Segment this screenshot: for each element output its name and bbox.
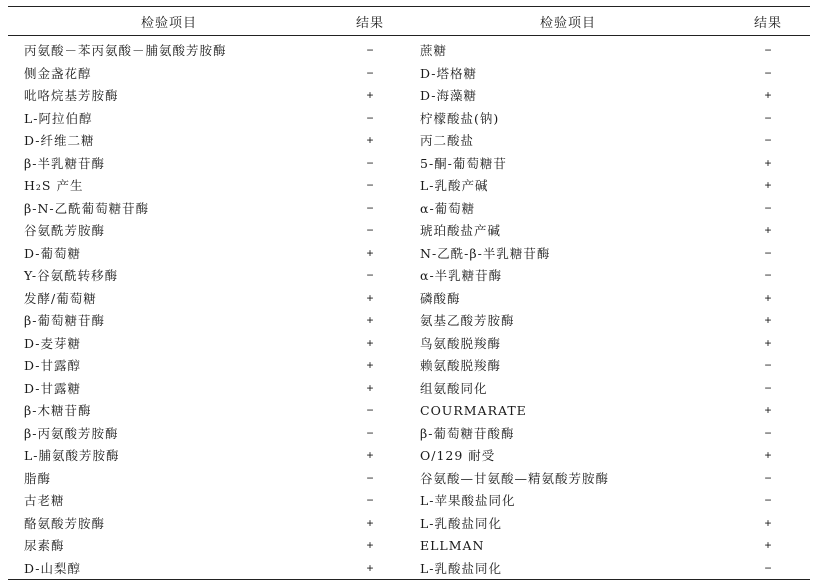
test-result-right: + xyxy=(726,84,810,107)
test-result-left: + xyxy=(330,84,410,107)
test-result-right: − xyxy=(726,467,810,490)
test-result-left: + xyxy=(330,377,410,400)
test-item-left: D-山梨醇 xyxy=(8,557,330,580)
table-row: D-甘露糖 + 组氨酸同化 − xyxy=(8,377,810,400)
test-item-right: 组氨酸同化 xyxy=(410,377,726,400)
test-item-right: 蔗糖 xyxy=(410,36,726,62)
table-row: β-半乳糖苷酶 − 5-酮-葡萄糖苷 + xyxy=(8,152,810,175)
table-row: D-葡萄糖 + N-乙酰-β-半乳糖苷酶 − xyxy=(8,242,810,265)
test-item-left: D-纤维二糖 xyxy=(8,129,330,152)
test-item-left: β-葡萄糖苷酶 xyxy=(8,309,330,332)
test-result-right: − xyxy=(726,107,810,130)
test-item-right: β-葡萄糖苷酸酶 xyxy=(410,422,726,445)
test-item-left: 尿素酶 xyxy=(8,534,330,557)
test-item-left: 古老糖 xyxy=(8,489,330,512)
test-item-right: 赖氨酸脱羧酶 xyxy=(410,354,726,377)
test-result-right: + xyxy=(726,309,810,332)
table-row: 丙氨酸－苯丙氨酸－脯氨酸芳胺酶 − 蔗糖 − xyxy=(8,36,810,62)
table-body: 丙氨酸－苯丙氨酸－脯氨酸芳胺酶 − 蔗糖 − 侧金盏花醇 − D-塔格糖 − 吡… xyxy=(8,36,810,580)
header-test-item-right: 检验项目 xyxy=(410,7,726,36)
table-row: 尿素酶 + ELLMAN + xyxy=(8,534,810,557)
test-item-right: 柠檬酸盐(钠) xyxy=(410,107,726,130)
test-result-left: − xyxy=(330,197,410,220)
table-row: β-木糖苷酶 − COURMARATE + xyxy=(8,399,810,422)
test-result-left: + xyxy=(330,444,410,467)
biochemical-test-table-container: 检验项目 结果 检验项目 结果 丙氨酸－苯丙氨酸－脯氨酸芳胺酶 − 蔗糖 − 侧… xyxy=(8,6,810,580)
test-item-left: β-丙氨酸芳胺酶 xyxy=(8,422,330,445)
test-item-right: L-乳酸盐同化 xyxy=(410,557,726,580)
header-test-item-left: 检验项目 xyxy=(8,7,330,36)
test-item-left: β-半乳糖苷酶 xyxy=(8,152,330,175)
test-result-left: − xyxy=(330,62,410,85)
test-result-right: + xyxy=(726,174,810,197)
table-row: 脂酶 − 谷氨酸—甘氨酸—精氨酸芳胺酶 − xyxy=(8,467,810,490)
test-result-right: − xyxy=(726,557,810,580)
test-item-left: 吡咯烷基芳胺酶 xyxy=(8,84,330,107)
test-result-right: + xyxy=(726,444,810,467)
test-item-right: COURMARATE xyxy=(410,399,726,422)
test-item-right: L-乳酸盐同化 xyxy=(410,512,726,535)
table-row: 古老糖 − L-苹果酸盐同化 − xyxy=(8,489,810,512)
test-item-left: L-阿拉伯醇 xyxy=(8,107,330,130)
test-result-left: + xyxy=(330,557,410,580)
test-result-right: − xyxy=(726,197,810,220)
test-result-right: − xyxy=(726,129,810,152)
table-row: L-脯氨酸芳胺酶 + O/129 耐受 + xyxy=(8,444,810,467)
test-item-right: D-海藻糖 xyxy=(410,84,726,107)
test-result-left: + xyxy=(330,242,410,265)
table-row: 侧金盏花醇 − D-塔格糖 − xyxy=(8,62,810,85)
test-item-right: 琥珀酸盐产碱 xyxy=(410,219,726,242)
test-result-left: + xyxy=(330,309,410,332)
test-item-right: D-塔格糖 xyxy=(410,62,726,85)
test-item-left: 侧金盏花醇 xyxy=(8,62,330,85)
test-result-left: − xyxy=(330,36,410,62)
test-result-right: + xyxy=(726,152,810,175)
test-item-left: L-脯氨酸芳胺酶 xyxy=(8,444,330,467)
test-item-left: 脂酶 xyxy=(8,467,330,490)
table-row: D-纤维二糖 + 丙二酸盐 − xyxy=(8,129,810,152)
test-item-left: β-N-乙酰葡萄糖苷酶 xyxy=(8,197,330,220)
test-result-right: − xyxy=(726,62,810,85)
test-item-left: H₂S 产生 xyxy=(8,174,330,197)
test-item-left: 丙氨酸－苯丙氨酸－脯氨酸芳胺酶 xyxy=(8,36,330,62)
test-result-left: − xyxy=(330,264,410,287)
table-row: H₂S 产生 − L-乳酸产碱 + xyxy=(8,174,810,197)
test-item-right: L-苹果酸盐同化 xyxy=(410,489,726,512)
test-item-right: α-半乳糖苷酶 xyxy=(410,264,726,287)
test-result-left: + xyxy=(330,332,410,355)
test-result-right: + xyxy=(726,219,810,242)
header-result-left: 结果 xyxy=(330,7,410,36)
test-item-right: L-乳酸产碱 xyxy=(410,174,726,197)
test-result-right: − xyxy=(726,36,810,62)
table-row: 吡咯烷基芳胺酶 + D-海藻糖 + xyxy=(8,84,810,107)
test-result-left: − xyxy=(330,174,410,197)
test-item-right: 谷氨酸—甘氨酸—精氨酸芳胺酶 xyxy=(410,467,726,490)
table-row: Y-谷氨酰转移酶 − α-半乳糖苷酶 − xyxy=(8,264,810,287)
biochemical-test-table: 检验项目 结果 检验项目 结果 丙氨酸－苯丙氨酸－脯氨酸芳胺酶 − 蔗糖 − 侧… xyxy=(8,6,810,580)
test-result-left: + xyxy=(330,129,410,152)
test-item-right: O/129 耐受 xyxy=(410,444,726,467)
table-row: L-阿拉伯醇 − 柠檬酸盐(钠) − xyxy=(8,107,810,130)
test-result-right: + xyxy=(726,399,810,422)
test-result-left: + xyxy=(330,512,410,535)
test-item-left: 酪氨酸芳胺酶 xyxy=(8,512,330,535)
test-result-left: − xyxy=(330,467,410,490)
test-result-right: + xyxy=(726,332,810,355)
test-item-right: 鸟氨酸脱羧酶 xyxy=(410,332,726,355)
table-row: D-甘露醇 + 赖氨酸脱羧酶 − xyxy=(8,354,810,377)
table-row: D-山梨醇 + L-乳酸盐同化 − xyxy=(8,557,810,580)
table-row: β-丙氨酸芳胺酶 − β-葡萄糖苷酸酶 − xyxy=(8,422,810,445)
test-result-left: − xyxy=(330,489,410,512)
test-result-left: − xyxy=(330,219,410,242)
table-row: 发酵/葡萄糖 + 磷酸酶 + xyxy=(8,287,810,310)
table-row: 谷氨酰芳胺酶 − 琥珀酸盐产碱 + xyxy=(8,219,810,242)
test-item-left: D-麦芽糖 xyxy=(8,332,330,355)
test-item-right: 丙二酸盐 xyxy=(410,129,726,152)
table-header-row: 检验项目 结果 检验项目 结果 xyxy=(8,7,810,36)
test-result-left: − xyxy=(330,422,410,445)
test-result-left: + xyxy=(330,354,410,377)
test-item-right: ELLMAN xyxy=(410,534,726,557)
test-result-right: + xyxy=(726,512,810,535)
test-item-right: α-葡萄糖 xyxy=(410,197,726,220)
test-result-right: − xyxy=(726,242,810,265)
test-item-left: β-木糖苷酶 xyxy=(8,399,330,422)
test-item-left: Y-谷氨酰转移酶 xyxy=(8,264,330,287)
test-result-right: − xyxy=(726,377,810,400)
test-result-right: − xyxy=(726,422,810,445)
test-result-right: − xyxy=(726,489,810,512)
test-item-left: D-甘露醇 xyxy=(8,354,330,377)
test-item-left: D-甘露糖 xyxy=(8,377,330,400)
test-item-right: 5-酮-葡萄糖苷 xyxy=(410,152,726,175)
test-item-left: 谷氨酰芳胺酶 xyxy=(8,219,330,242)
test-item-right: 磷酸酶 xyxy=(410,287,726,310)
test-result-left: + xyxy=(330,534,410,557)
test-result-right: − xyxy=(726,264,810,287)
table-row: 酪氨酸芳胺酶 + L-乳酸盐同化 + xyxy=(8,512,810,535)
test-item-right: N-乙酰-β-半乳糖苷酶 xyxy=(410,242,726,265)
test-result-right: − xyxy=(726,354,810,377)
table-row: β-N-乙酰葡萄糖苷酶 − α-葡萄糖 − xyxy=(8,197,810,220)
table-row: D-麦芽糖 + 鸟氨酸脱羧酶 + xyxy=(8,332,810,355)
test-result-left: − xyxy=(330,107,410,130)
test-result-left: + xyxy=(330,287,410,310)
test-result-right: + xyxy=(726,534,810,557)
test-result-left: − xyxy=(330,399,410,422)
test-item-left: D-葡萄糖 xyxy=(8,242,330,265)
test-item-right: 氨基乙酸芳胺酶 xyxy=(410,309,726,332)
header-result-right: 结果 xyxy=(726,7,810,36)
test-item-left: 发酵/葡萄糖 xyxy=(8,287,330,310)
test-result-left: − xyxy=(330,152,410,175)
test-result-right: + xyxy=(726,287,810,310)
table-row: β-葡萄糖苷酶 + 氨基乙酸芳胺酶 + xyxy=(8,309,810,332)
